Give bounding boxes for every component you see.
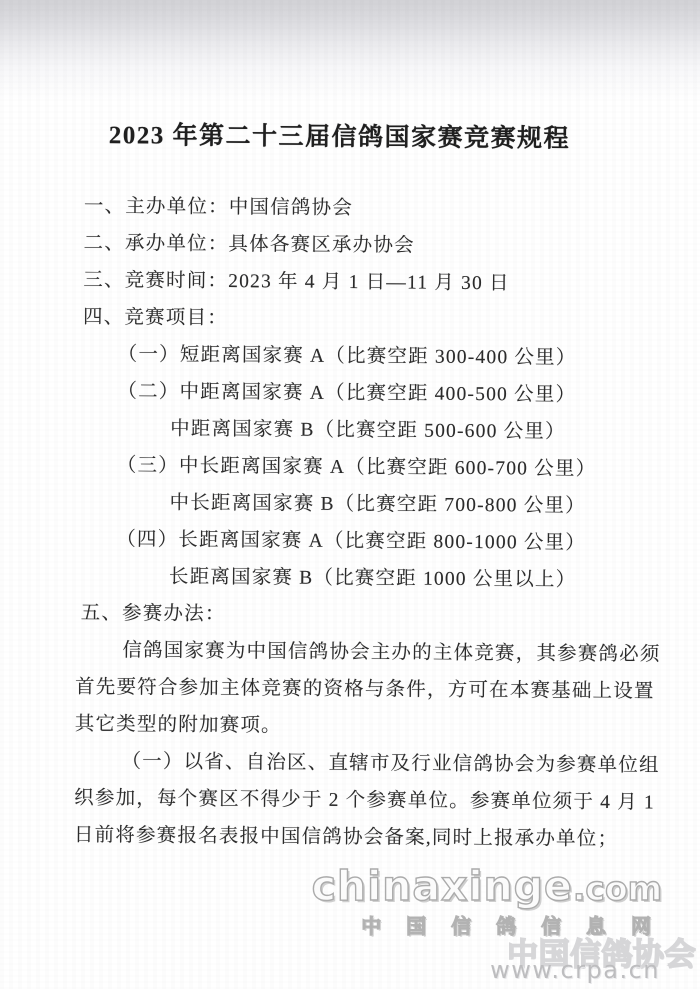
document-body: 一、主办单位：中国信鸽协会 二、承办单位：具体各赛区承办协会 三、竞赛时间：20… xyxy=(79,188,644,858)
doc-paragraph1-line3: 其它类型的附加赛项。 xyxy=(75,706,640,747)
doc-line-participation-heading: 五、参赛办法： xyxy=(81,595,641,636)
doc-paragraph1-line2: 首先要符合参加主体竞赛的资格与条件，方可在本赛基础上设置 xyxy=(75,669,640,710)
doc-line-organizer: 一、主办单位：中国信鸽协会 xyxy=(84,188,644,229)
page-title: 2023 年第二十三届信鸽国家赛竞赛规程 xyxy=(0,114,678,155)
doc-line-event-midlong-a: （三）中长距离国家赛 A（比赛空距 600-700 公里） xyxy=(82,447,642,488)
doc-line-event-middle-a: （二）中距离国家赛 A（比赛空距 400-500 公里） xyxy=(82,373,642,414)
doc-line-event-short-a: （一）短距离国家赛 A（比赛空距 300-400 公里） xyxy=(83,336,643,377)
doc-line-event-middle-b: 中距离国家赛 B（比赛空距 500-600 公里） xyxy=(82,410,642,451)
doc-line-event-midlong-b: 中长距离国家赛 B（比赛空距 700-800 公里） xyxy=(81,484,641,525)
doc-line-host: 二、承办单位：具体各赛区承办协会 xyxy=(83,225,643,266)
doc-paragraph2-line2: 织参加，每个赛区不得少于 2 个参赛单位。参赛单位须于 4 月 1 xyxy=(74,780,639,821)
doc-line-event-long-a: （四）长距离国家赛 A（比赛空距 800-1000 公里） xyxy=(81,521,641,562)
doc-line-events-heading: 四、竞赛项目： xyxy=(83,299,643,340)
doc-paragraph2-line1: （一）以省、自治区、直辖市及行业信鸽协会为参赛单位组 xyxy=(79,743,639,784)
document-content: 2023 年第二十三届信鸽国家赛竞赛规程 一、主办单位：中国信鸽协会 二、承办单… xyxy=(0,0,700,989)
scanned-document-page: { "document": { "title": "2023 年第二十三届信鸽国… xyxy=(0,0,700,989)
doc-paragraph1-line1: 信鸽国家赛为中国信鸽协会主办的主体竞赛，其参赛鸽必须 xyxy=(80,632,640,673)
doc-line-event-long-b: 长距离国家赛 B（比赛空距 1000 公里以上） xyxy=(81,558,641,599)
doc-paragraph2-line3: 日前将参赛报名表报中国信鸽协会备案,同时上报承办单位； xyxy=(74,817,639,858)
doc-line-dates: 三、竞赛时间：2023 年 4 月 1 日—11 月 30 日 xyxy=(83,262,643,303)
